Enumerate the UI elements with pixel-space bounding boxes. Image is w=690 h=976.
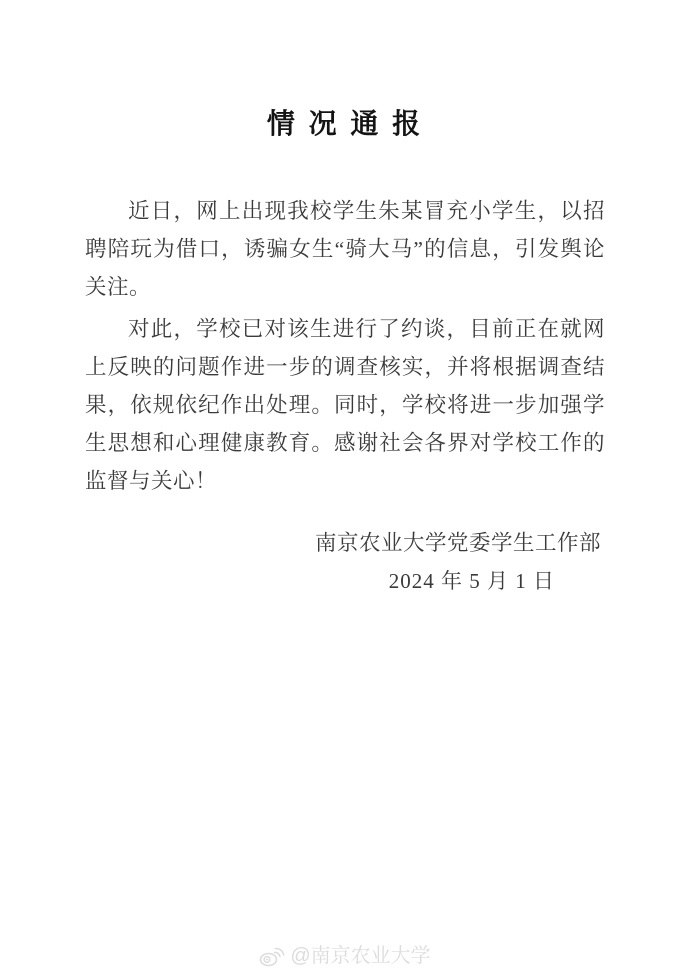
signature-date: 2024 年 5 月 1 日 xyxy=(85,562,605,600)
notice-paragraph-1: 近日，网上出现我校学生朱某冒充小学生，以招聘陪玩为借口，诱骗女生“骑大马”的信息… xyxy=(85,192,605,306)
notice-page: 情 况 通 报 近日，网上出现我校学生朱某冒充小学生，以招聘陪玩为借口，诱骗女生… xyxy=(0,0,690,976)
watermark: @南京农业大学 xyxy=(0,942,690,970)
notice-content: 情 况 通 报 近日，网上出现我校学生朱某冒充小学生，以招聘陪玩为借口，诱骗女生… xyxy=(0,106,690,600)
signature-block: 南京农业大学党委学生工作部 2024 年 5 月 1 日 xyxy=(85,524,605,600)
page-title: 情 况 通 报 xyxy=(85,106,605,142)
watermark-text: @南京农业大学 xyxy=(290,942,430,970)
weibo-icon xyxy=(259,944,285,968)
notice-paragraph-2: 对此，学校已对该生进行了约谈，目前正在就网上反映的问题作进一步的调查核实，并将根… xyxy=(85,310,605,500)
notice-body: 近日，网上出现我校学生朱某冒充小学生，以招聘陪玩为借口，诱骗女生“骑大马”的信息… xyxy=(85,192,605,500)
signature-org: 南京农业大学党委学生工作部 xyxy=(85,524,605,562)
